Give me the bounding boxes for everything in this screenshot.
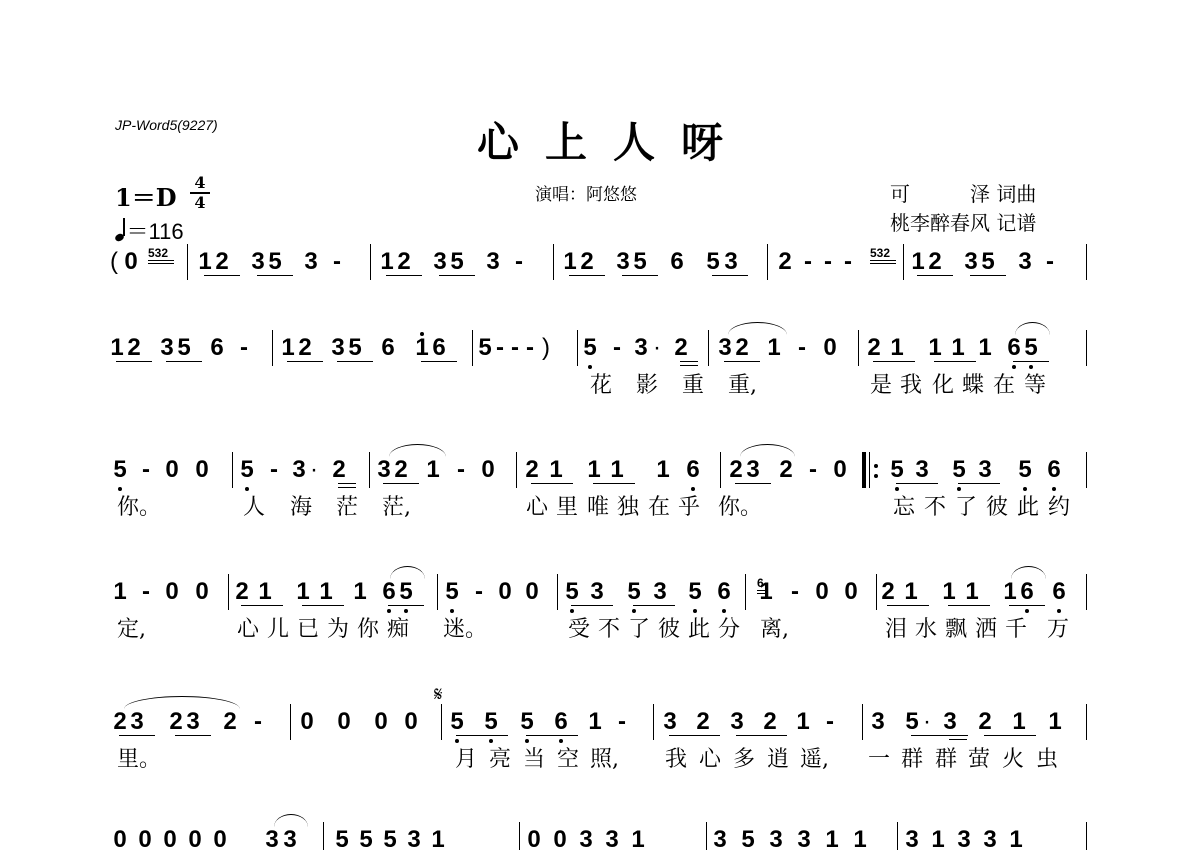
note: -	[522, 336, 538, 360]
notation-symbol: ·	[649, 336, 665, 360]
note: -	[329, 250, 345, 274]
barline	[767, 244, 768, 280]
key-signature: 1＝D	[115, 178, 177, 213]
note: 5	[904, 710, 920, 734]
note: 3	[723, 250, 739, 274]
note: 0	[137, 828, 153, 850]
lyric-syllable: 你。	[117, 496, 161, 520]
note: 1	[280, 336, 296, 360]
note: 5	[687, 580, 703, 604]
lyric-syllable: 我	[900, 374, 922, 398]
lyric-syllable: 洒	[975, 618, 997, 642]
note: 3	[956, 828, 972, 850]
low-octave-dot	[525, 739, 529, 743]
note: 0	[336, 710, 352, 734]
note: 5	[176, 336, 192, 360]
lyric-syllable: 人	[243, 496, 265, 520]
note: 1	[977, 336, 993, 360]
barline	[187, 244, 188, 280]
note: 6	[209, 336, 225, 360]
beam-underline	[531, 483, 573, 484]
lyric-syllable: 千	[1005, 618, 1027, 642]
barline	[557, 574, 558, 610]
note: 2	[297, 336, 313, 360]
lyric-syllable: 心	[237, 618, 259, 642]
note: 2	[880, 580, 896, 604]
barline	[323, 822, 324, 850]
beam-underline	[712, 275, 748, 276]
note: 1	[910, 250, 926, 274]
note: 0	[524, 580, 540, 604]
note: 2	[866, 336, 882, 360]
note: 1	[430, 828, 446, 850]
barline	[369, 452, 370, 488]
lyric-syllable: 唯	[587, 496, 609, 520]
note: 5	[889, 458, 905, 482]
beam-underline	[917, 275, 953, 276]
barline	[553, 244, 554, 280]
beam-underline	[421, 361, 457, 362]
note: 5	[334, 828, 350, 850]
note: -	[1042, 250, 1058, 274]
transcriber-name: 桃李醉春风	[890, 211, 990, 235]
notation-symbol: ·	[919, 710, 935, 734]
note: -	[236, 336, 252, 360]
note: 0	[123, 250, 139, 274]
note: 2	[168, 710, 184, 734]
grace-beam	[870, 263, 896, 264]
low-octave-dot	[489, 739, 493, 743]
low-octave-dot	[957, 487, 961, 491]
time-signature: 4 4	[190, 175, 210, 211]
note: 2	[728, 458, 744, 482]
note: 6	[1006, 336, 1022, 360]
note: 3	[185, 710, 201, 734]
lyric-syllable: 群	[901, 748, 923, 772]
beam-underline	[887, 605, 929, 606]
note: 5	[705, 250, 721, 274]
slur-arc	[389, 444, 446, 457]
beam-underline	[456, 735, 508, 736]
lyric-syllable: 茫	[336, 496, 358, 520]
beam-underline	[680, 361, 698, 362]
barline	[577, 330, 578, 366]
note: 3	[432, 250, 448, 274]
note: -	[492, 336, 508, 360]
lyric-syllable: 此	[688, 618, 710, 642]
note: 3	[376, 458, 392, 482]
beam-underline	[388, 605, 424, 606]
note: 0	[843, 580, 859, 604]
note: 1	[941, 580, 957, 604]
lyric-syllable: 忘	[893, 496, 915, 520]
low-octave-dot	[588, 365, 592, 369]
lyric-syllable: 重	[682, 374, 704, 398]
note: 1	[379, 250, 395, 274]
note: 0	[373, 710, 389, 734]
grace-notes: 532	[870, 247, 890, 259]
beam-underline	[873, 361, 915, 362]
lyric-syllable: 乎	[678, 496, 700, 520]
beam-underline	[593, 483, 635, 484]
lyric-syllable: 花	[590, 374, 612, 398]
note: 0	[497, 580, 513, 604]
note: 5	[477, 336, 493, 360]
low-octave-dot	[722, 609, 726, 613]
note: 0	[112, 828, 128, 850]
repeat-dot	[874, 474, 878, 478]
barline	[745, 574, 746, 610]
barline	[519, 822, 520, 850]
lyric-syllable: 蝶	[962, 374, 984, 398]
beam-underline	[119, 735, 155, 736]
lyric-syllable: 在	[993, 374, 1015, 398]
tempo-value: ＝116	[127, 219, 184, 244]
note: 6	[553, 710, 569, 734]
repeat-dot	[874, 464, 878, 468]
note: 6	[1051, 580, 1067, 604]
beam-underline	[287, 361, 323, 362]
note: 1	[1008, 828, 1024, 850]
note: 3	[406, 828, 422, 850]
note: 6	[669, 250, 685, 274]
barline	[876, 574, 877, 610]
lyric-syllable: 重,	[728, 374, 757, 398]
beam-underline	[948, 605, 990, 606]
beam-underline	[633, 605, 675, 606]
note: 1	[562, 250, 578, 274]
note: 1	[112, 580, 128, 604]
note: 5	[398, 580, 414, 604]
barline	[897, 822, 898, 850]
note: 0	[187, 828, 203, 850]
low-octave-dot	[1057, 609, 1061, 613]
barline	[290, 704, 291, 740]
note: 0	[194, 580, 210, 604]
note: 0	[526, 828, 542, 850]
note: 3	[662, 710, 678, 734]
note: -	[800, 250, 816, 274]
repeat-thin-bar	[869, 452, 870, 488]
low-octave-dot	[245, 487, 249, 491]
beam-underline	[116, 361, 152, 362]
note: 1	[295, 580, 311, 604]
beam-underline	[934, 361, 976, 362]
note: 1	[1011, 710, 1027, 734]
beam-underline	[302, 605, 344, 606]
note: -	[820, 250, 836, 274]
lyric-syllable: 心	[526, 496, 548, 520]
note: 1	[414, 336, 430, 360]
grace-notes: 6	[757, 577, 764, 589]
note: 1	[930, 828, 946, 850]
note: 2	[777, 250, 793, 274]
lyric-syllable: 定,	[117, 618, 146, 642]
beam-underline	[383, 483, 419, 484]
note: 2	[524, 458, 540, 482]
barline	[370, 244, 371, 280]
note: 6	[716, 580, 732, 604]
note: -	[138, 580, 154, 604]
note: 1	[852, 828, 868, 850]
barline	[706, 822, 707, 850]
note: 2	[234, 580, 250, 604]
note: 1	[609, 458, 625, 482]
note: 5	[444, 580, 460, 604]
note: 1	[964, 580, 980, 604]
lyric-syllable: 是	[870, 374, 892, 398]
note: 2	[977, 710, 993, 734]
note: 1	[197, 250, 213, 274]
barline	[516, 452, 517, 488]
note: 0	[194, 458, 210, 482]
note: 3	[712, 828, 728, 850]
note: 1	[903, 580, 919, 604]
note: 2	[778, 458, 794, 482]
note: 1	[1002, 580, 1018, 604]
note: -	[511, 250, 527, 274]
note: 3	[604, 828, 620, 850]
beam-underline	[669, 735, 720, 736]
lyric-syllable: 等	[1024, 374, 1046, 398]
note: 3	[330, 336, 346, 360]
note: -	[471, 580, 487, 604]
transcriber-credit: 桃李醉春风 记谱	[890, 207, 1036, 236]
note: 3	[159, 336, 175, 360]
beam-underline	[175, 735, 211, 736]
low-octave-dot	[450, 609, 454, 613]
lyric-syllable: 一	[868, 748, 890, 772]
low-octave-dot	[559, 739, 563, 743]
beam-underline	[911, 735, 968, 736]
note: 1	[318, 580, 334, 604]
note: 5	[980, 250, 996, 274]
lyric-syllable: 虫	[1036, 748, 1058, 772]
beam-underline	[736, 735, 787, 736]
note: 3	[615, 250, 631, 274]
note: 3	[904, 828, 920, 850]
barline	[437, 574, 438, 610]
beam-underline	[257, 275, 293, 276]
lyric-syllable: 彼	[658, 618, 680, 642]
slur-arc	[274, 814, 308, 827]
lyric-syllable: 受	[568, 618, 590, 642]
note: -	[250, 710, 266, 734]
note: 3	[282, 828, 298, 850]
note: 1	[824, 828, 840, 850]
note: 1	[352, 580, 368, 604]
notation-symbol: ·	[306, 458, 322, 482]
note: 0	[814, 580, 830, 604]
beam-underline	[439, 275, 475, 276]
note: 5	[483, 710, 499, 734]
composer-name: 可 泽	[890, 182, 990, 206]
note: 3	[633, 336, 649, 360]
note: 1	[586, 458, 602, 482]
note: 3	[291, 458, 307, 482]
beam-underline	[724, 361, 760, 362]
note: 3	[717, 336, 733, 360]
note: 6	[381, 580, 397, 604]
composer-credit: 可 泽 词曲	[890, 178, 1036, 207]
note: 5	[951, 458, 967, 482]
lyric-syllable: 不	[598, 618, 620, 642]
lyric-syllable: 水	[915, 618, 937, 642]
beam-underline	[386, 275, 422, 276]
note: 3	[745, 458, 761, 482]
note: 3	[870, 710, 886, 734]
lyric-syllable: 分	[718, 618, 740, 642]
note: 2	[695, 710, 711, 734]
beam-underline	[1013, 361, 1049, 362]
lyric-syllable: 痴	[387, 618, 409, 642]
grace-beam	[870, 260, 896, 261]
beam-underline	[526, 735, 578, 736]
note: 6	[431, 336, 447, 360]
note: 2	[927, 250, 943, 274]
lyric-syllable: 为	[327, 618, 349, 642]
beam-underline	[241, 605, 283, 606]
slur-arc	[740, 444, 795, 457]
note: -	[787, 580, 803, 604]
low-octave-dot	[1052, 487, 1056, 491]
slur-arc	[1011, 566, 1046, 579]
beam-underline	[970, 275, 1006, 276]
beam-underline	[984, 735, 1036, 736]
lyric-syllable: 我	[665, 748, 687, 772]
note: -	[614, 710, 630, 734]
lyric-syllable: 约	[1048, 496, 1070, 520]
grace-beam	[757, 593, 765, 594]
note: 3	[578, 828, 594, 850]
note: 0	[164, 458, 180, 482]
barline	[228, 574, 229, 610]
low-octave-dot	[1023, 487, 1027, 491]
note: 1	[109, 336, 125, 360]
note: -	[138, 458, 154, 482]
barline	[862, 704, 863, 740]
lyric-syllable: 心	[699, 748, 721, 772]
note: 1	[1047, 710, 1063, 734]
beam-underline-2	[949, 739, 967, 740]
note: 5	[519, 710, 535, 734]
barline	[441, 704, 442, 740]
lyric-syllable: 迷。	[443, 618, 487, 642]
note: -	[507, 336, 523, 360]
low-octave-dot	[118, 487, 122, 491]
beam-underline	[622, 275, 658, 276]
tempo-marking: ＝116	[115, 215, 184, 246]
lyric-syllable: 火	[1002, 748, 1024, 772]
lyric-syllable: 空	[557, 748, 579, 772]
lyric-syllable: 化	[932, 374, 954, 398]
note: 5	[449, 250, 465, 274]
lyric-syllable: 茫,	[382, 496, 411, 520]
note: 3	[589, 580, 605, 604]
note: 1	[927, 336, 943, 360]
note: 1	[630, 828, 646, 850]
note-stem	[123, 218, 125, 236]
note: 0	[822, 336, 838, 360]
barline	[903, 244, 904, 280]
lyric-syllable: 当	[523, 748, 545, 772]
note: 5	[564, 580, 580, 604]
lyric-syllable: 照,	[590, 748, 619, 772]
note: 2	[393, 458, 409, 482]
grace-notes: 532	[148, 247, 168, 259]
lyric-syllable: 此	[1017, 496, 1039, 520]
beam-underline	[958, 483, 1000, 484]
note: 3	[303, 250, 319, 274]
beam-underline	[204, 275, 240, 276]
note: 5	[740, 828, 756, 850]
lyric-syllable: 你。	[718, 496, 762, 520]
lyric-syllable: 逍	[767, 748, 789, 772]
note: 5	[632, 250, 648, 274]
lyric-syllable: 飘	[945, 618, 967, 642]
note: 5	[449, 710, 465, 734]
lyric-syllable: 多	[733, 748, 755, 772]
lyric-syllable: 万	[1047, 618, 1069, 642]
lyric-syllable: 已	[297, 618, 319, 642]
note: 0	[299, 710, 315, 734]
low-octave-dot	[691, 487, 695, 491]
lyric-syllable: 离,	[760, 618, 789, 642]
barline	[720, 452, 721, 488]
barline	[1086, 452, 1087, 488]
note: 6	[380, 336, 396, 360]
note: 1	[766, 336, 782, 360]
beam-underline	[337, 361, 373, 362]
repeat-thick-bar	[862, 452, 866, 488]
low-octave-dot	[693, 609, 697, 613]
grace-beam	[757, 590, 765, 591]
barline	[708, 330, 709, 366]
note: 5	[267, 250, 283, 274]
note: 5	[626, 580, 642, 604]
note: 6	[685, 458, 701, 482]
lyric-syllable: 遥,	[800, 748, 829, 772]
lyric-syllable: 里。	[117, 748, 161, 772]
lyric-syllable: 儿	[267, 618, 289, 642]
composer-role: 词曲	[996, 182, 1036, 206]
note: 3	[796, 828, 812, 850]
beam-underline	[896, 483, 938, 484]
low-octave-dot	[404, 609, 408, 613]
note: 3	[485, 250, 501, 274]
note: -	[794, 336, 810, 360]
lyric-syllable: 里	[556, 496, 578, 520]
lyric-syllable: 月	[455, 748, 477, 772]
lyric-syllable: 群	[935, 748, 957, 772]
note: 2	[214, 250, 230, 274]
note: 3	[982, 828, 998, 850]
lyric-syllable: 你	[357, 618, 379, 642]
note: 3	[250, 250, 266, 274]
note: -	[266, 458, 282, 482]
note: 3	[1017, 250, 1033, 274]
lyric-syllable: 亮	[489, 748, 511, 772]
note: 1	[425, 458, 441, 482]
note: 6	[1019, 580, 1035, 604]
note: 5	[112, 458, 128, 482]
note: 1	[587, 710, 603, 734]
note: 2	[579, 250, 595, 274]
lyric-syllable: 海	[290, 496, 312, 520]
beam-underline-2	[680, 365, 698, 366]
low-octave-dot	[387, 609, 391, 613]
note: 1	[795, 710, 811, 734]
